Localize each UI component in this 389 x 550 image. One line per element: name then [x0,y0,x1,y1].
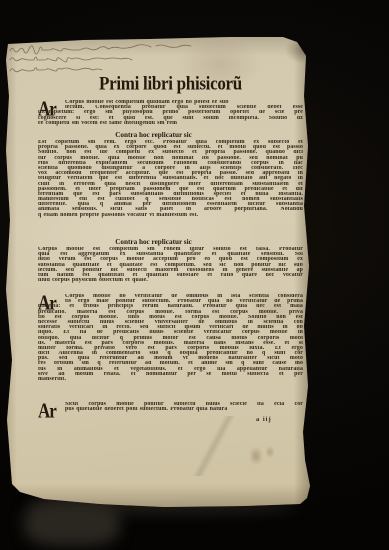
text-line: illud corpus physicum obiectum et quale. [38,278,303,283]
photo-background: Primi libri phisicorũ Ar Corpus mobile e… [0,0,389,550]
section-heading-1: Contra hoc replicatur sic [38,131,303,139]
page-under-shadow [24,500,120,546]
text-line: sive ad motum relata. et nominantur per … [38,372,303,377]
paragraph-replica-2: Corpus mobile est completum sm rōnem igi… [38,247,303,283]
paragraph-objection-3: Sicut corpus mobile ponitur subiectū hui… [38,402,303,412]
paper-crease [154,416,274,476]
signature-mark: a iij [256,416,272,423]
paragraph-replica-1: Est cōpletum sm rem. ergo etc. Probatur … [38,140,303,218]
page-title: Primi libri phisicorũ [38,73,303,95]
text-line: q etiam nomen proprie passionis vocatur … [38,213,303,218]
text-line: eē completū sm vocem est tamē intelligen… [38,121,303,126]
section-heading-2: Contra hoc replicatur sic [38,238,303,246]
text-line: manserint. [38,377,303,382]
text-line: pus quietabile deberet poni subiectum. P… [65,407,303,412]
book-page: Primi libri phisicorũ Ar Corpus mobile e… [4,36,312,508]
paragraph-objection-1: Corpus mobile est completum quiddam ergo… [38,100,303,126]
paragraph-objection-2: Corpus mobile nō verificatur de omnibus … [38,294,303,382]
